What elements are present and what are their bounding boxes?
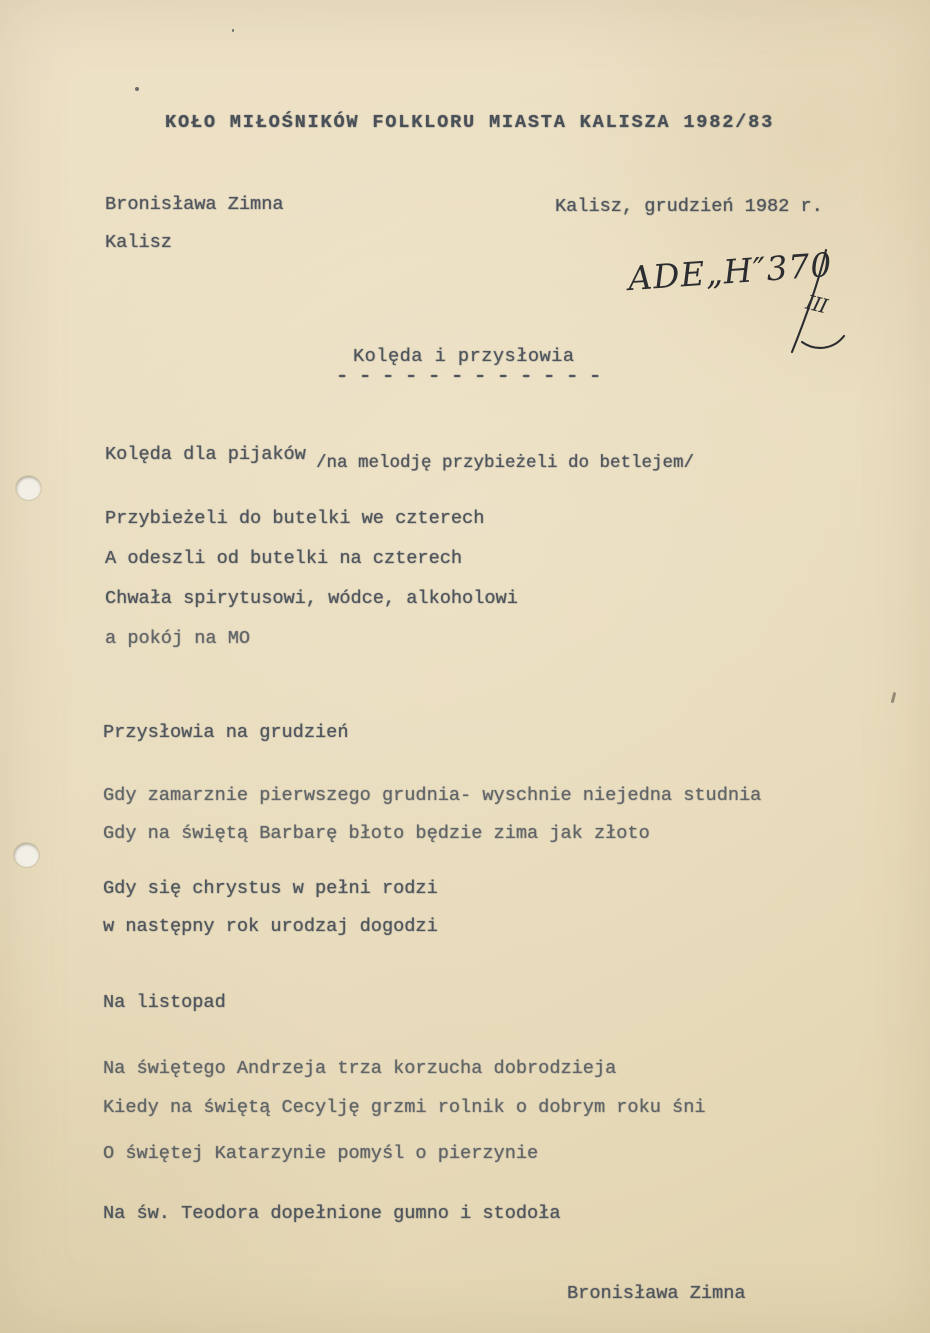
section-2-heading: Przysłowia na grudzień xyxy=(103,722,348,744)
proverb-line: Na św. Teodora dopełnione gumno i stodoł… xyxy=(103,1203,560,1225)
section-3-heading: Na listopad xyxy=(103,992,226,1014)
proverb-line: O świętej Katarzynie pomyśl o pierzynie xyxy=(103,1143,538,1165)
proverb-line: w następny rok urodzaj dogodzi xyxy=(103,916,438,938)
verse-line: a pokój na MO xyxy=(105,628,250,650)
proverb-line: Gdy na świętą Barbarę błoto będzie zima … xyxy=(103,823,650,845)
proverb-line: Gdy zamarznie pierwszego grudnia- wyschn… xyxy=(103,785,761,807)
author-city: Kalisz xyxy=(105,232,172,254)
proverb-line: Na świętego Andrzeja trza korzucha dobro… xyxy=(103,1058,616,1080)
document-title: Kolęda i przysłowia xyxy=(353,346,575,368)
document-page: KOŁO MIŁOŚNIKÓW FOLKLORU MIASTA KALISZA … xyxy=(0,0,930,1333)
punch-hole-bottom xyxy=(14,843,39,867)
annotation-slash-icon xyxy=(770,244,900,359)
proverb-line: Gdy się chrystus w pełni rodzi xyxy=(103,878,438,900)
paper-speck xyxy=(232,29,234,32)
dateline: Kalisz, grudzień 1982 r. xyxy=(555,196,823,218)
author-name: Bronisława Zimna xyxy=(105,194,284,216)
verse-line: Przybieżeli do butelki we czterech xyxy=(105,508,484,530)
section-1-heading: Kolęda dla pijaków xyxy=(105,444,306,466)
title-underline: ------------ xyxy=(336,367,612,387)
paper-speck xyxy=(135,87,139,91)
section-1-heading-note: /na melodję przybieżeli do betlejem/ xyxy=(316,453,694,474)
handwritten-annotation: ADE„H″370 III xyxy=(628,244,898,364)
verse-line: A odeszli od butelki na czterech xyxy=(105,548,462,570)
paper-speck xyxy=(891,692,896,703)
verse-line: Chwała spirytusowi, wódce, alkoholowi xyxy=(105,588,518,610)
document-header: KOŁO MIŁOŚNIKÓW FOLKLORU MIASTA KALISZA … xyxy=(165,112,774,134)
signature: Bronisława Zimna xyxy=(567,1283,746,1305)
punch-hole-top xyxy=(16,476,41,500)
proverb-line: Kiedy na świętą Cecylję grzmi rolnik o d… xyxy=(103,1097,706,1119)
